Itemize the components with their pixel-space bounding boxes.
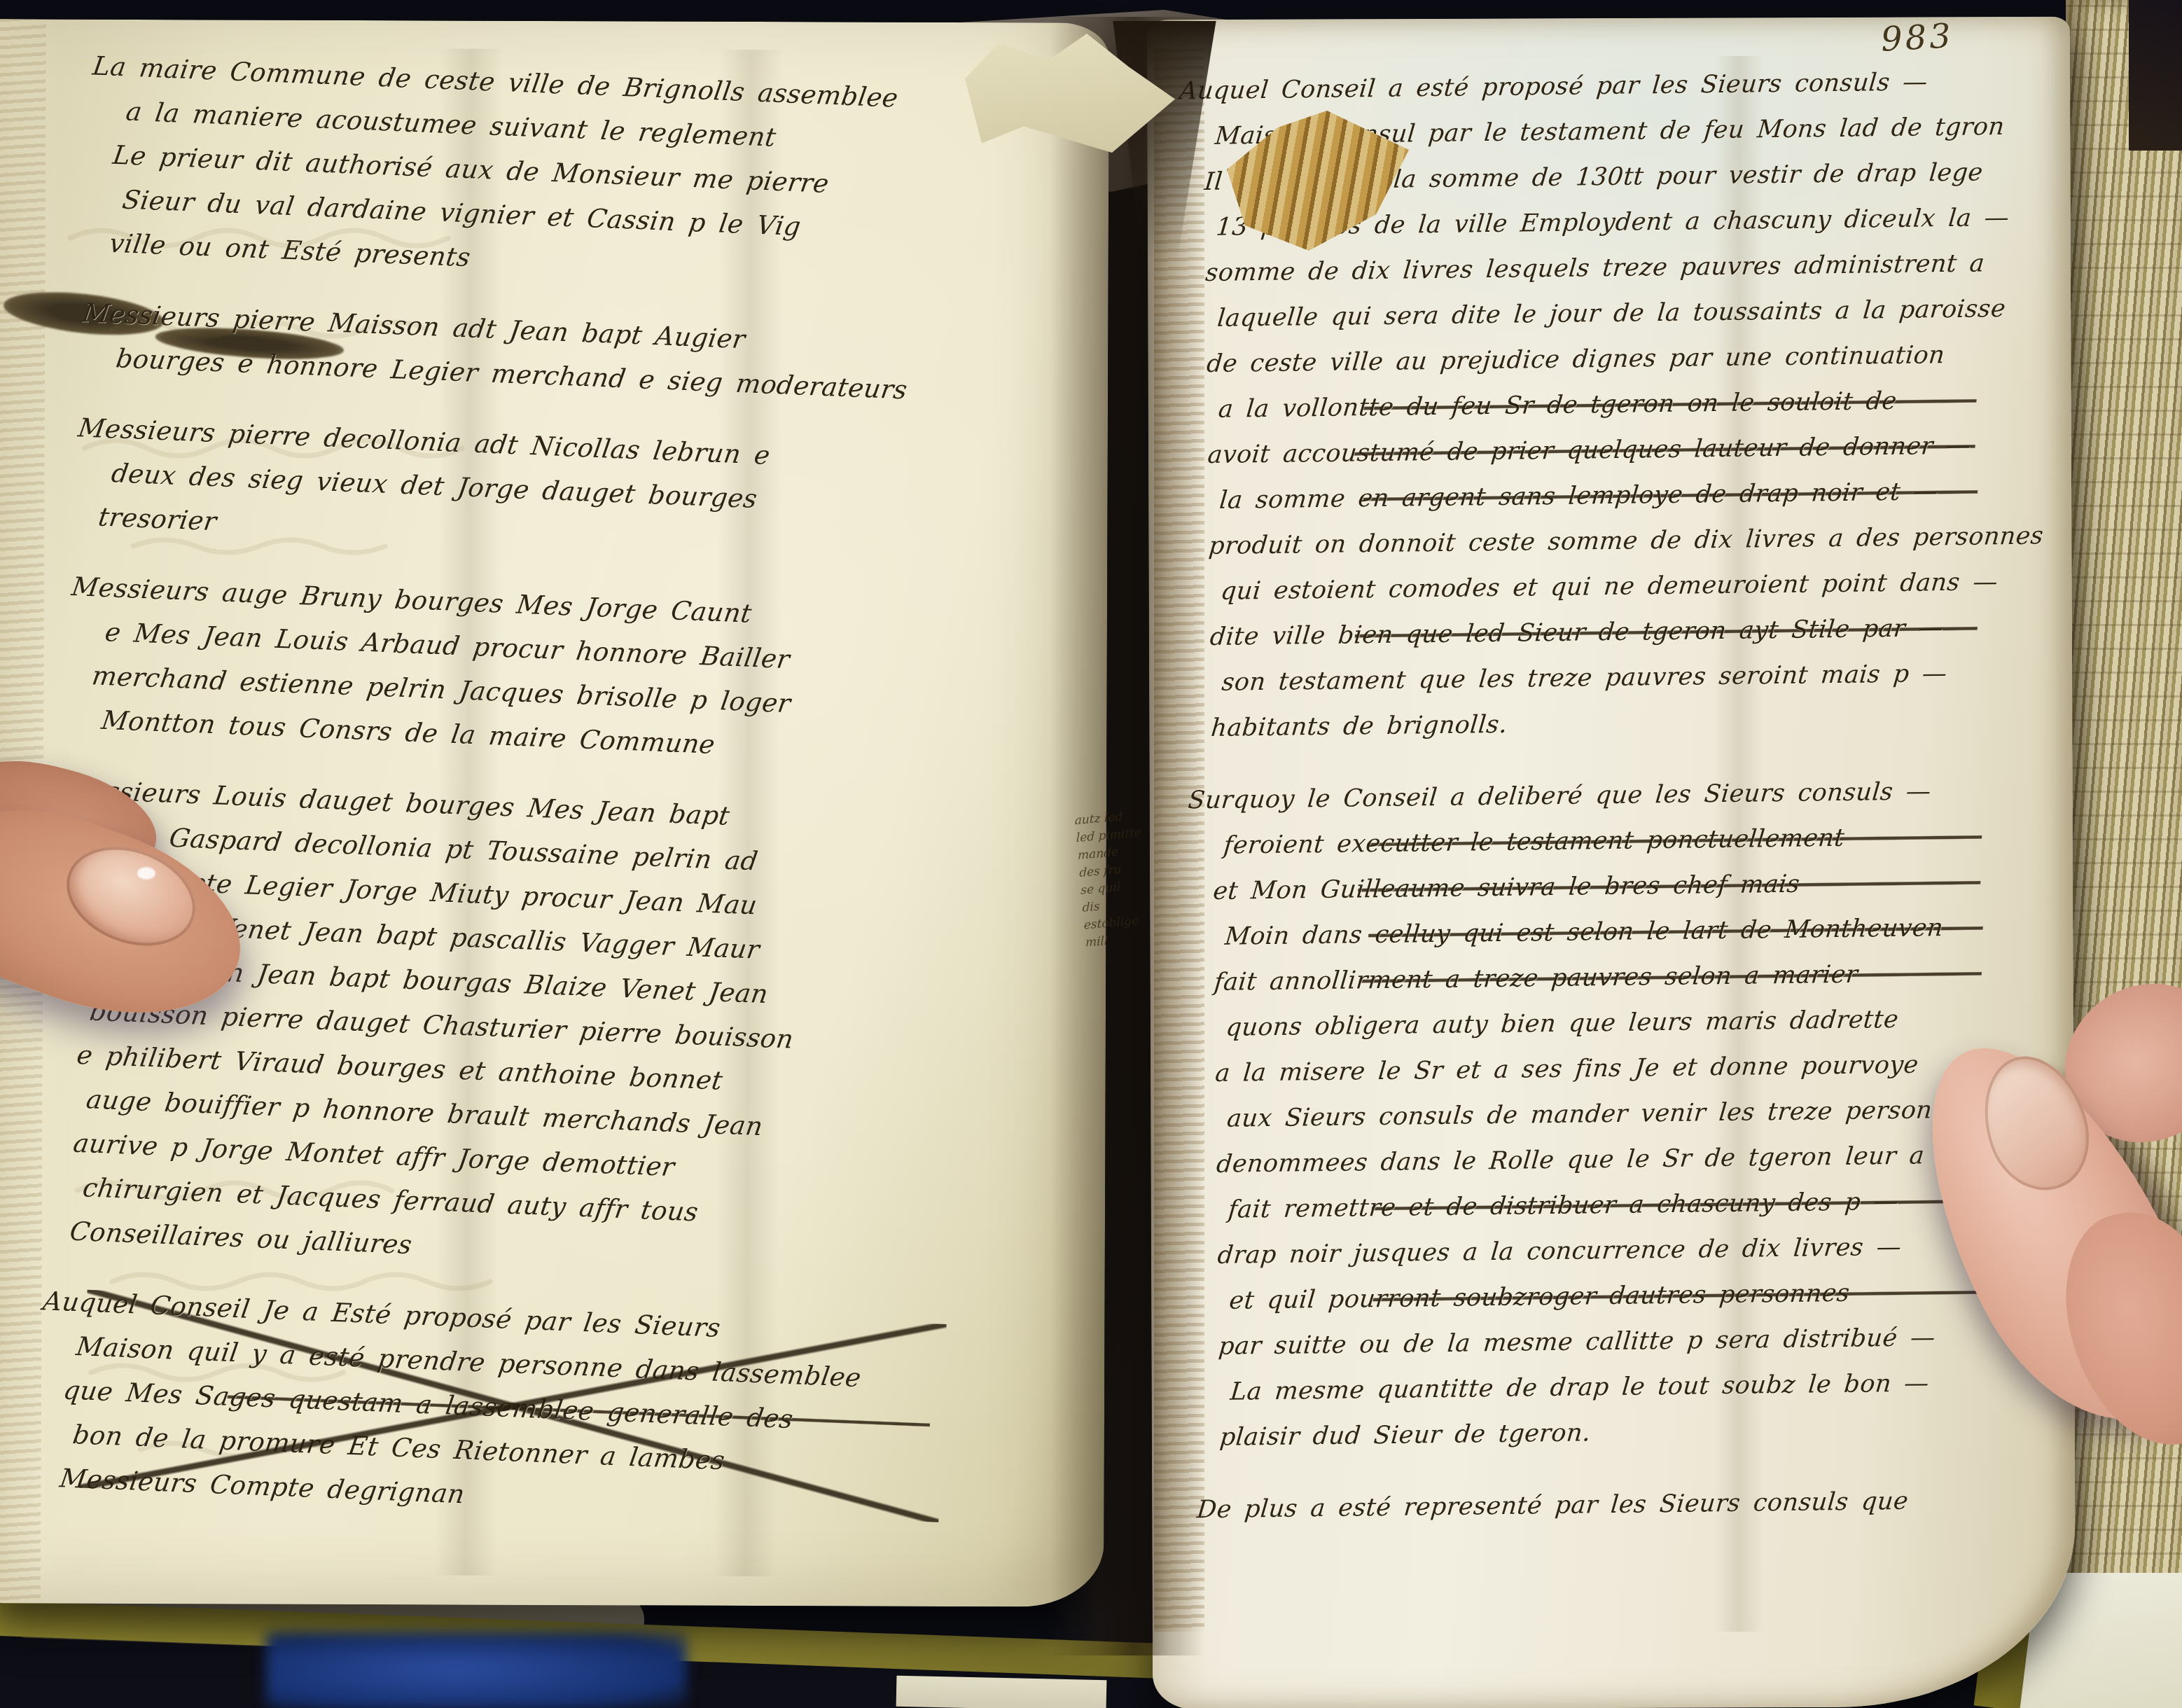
- manuscript-paragraph: La maire Commune de ceste ville de Brign…: [109, 45, 1094, 305]
- right-page-text: Auquel Conseil a esté proposé par les Si…: [1203, 58, 2087, 1672]
- left-page-text: La maire Commune de ceste ville de Brign…: [55, 45, 1094, 1630]
- manuscript-line: De plus a esté representé par les Sieurs…: [1195, 1477, 2087, 1534]
- blue-cloth: [266, 1632, 686, 1708]
- margin-note: autz ledled pimittemandedes fruse quildi…: [1074, 802, 1212, 952]
- manuscript-paragraph: Auquel Conseil Je a Esté proposé par les…: [60, 1280, 1045, 1540]
- manuscript-paragraph: Messieurs pierre Maisson adt Jean bapt A…: [104, 292, 1084, 419]
- manuscript-line: plaisir dud Sieur de tgeron.: [1218, 1405, 2087, 1461]
- dark-corner: [2129, 0, 2182, 151]
- table-glimpse: [896, 1676, 1107, 1708]
- fingernail-highlight: [137, 867, 155, 880]
- page-number: 983: [1880, 18, 1954, 57]
- manuscript-photo: La maire Commune de ceste ville de Brign…: [0, 0, 2182, 1708]
- manuscript-paragraph: Messieurs auge Bruny bourges Mes Jorge C…: [90, 565, 1073, 781]
- manuscript-line: habitants de brignolls.: [1209, 695, 2078, 751]
- manuscript-paragraph: Messieurs pierre decollonia adt Nicollas…: [98, 407, 1079, 578]
- manuscript-paragraph: Messieurs Louis dauget bourges Mes Jean …: [69, 768, 1065, 1292]
- manuscript-paragraph: De plus a esté representé par les Sieurs…: [1221, 1477, 2086, 1533]
